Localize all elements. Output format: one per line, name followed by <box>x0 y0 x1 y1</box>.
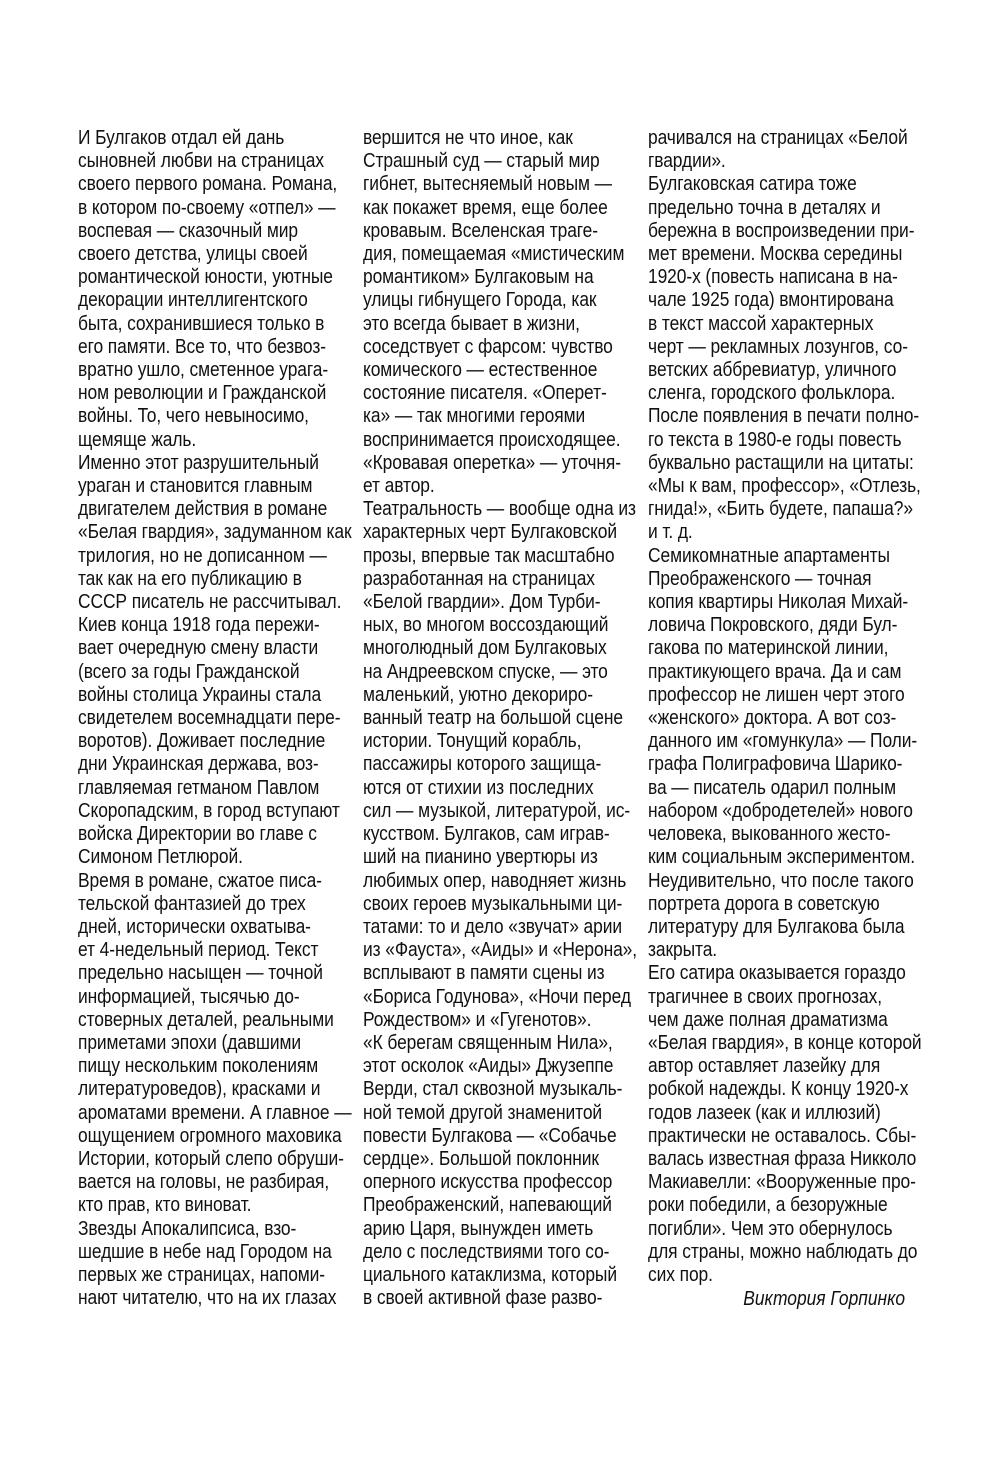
article-column-1: И Булгаков отдал ей дань сыновней любви … <box>78 127 352 1310</box>
article-byline: Виктория Горпинко <box>648 1288 905 1311</box>
magazine-article-page: И Булгаков отдал ей дань сыновней любви … <box>0 0 1000 1467</box>
article-column-3: рачивался на страницах «Белой гвардии». … <box>648 127 922 1287</box>
article-column-2: вершится не что иное, как Страшный суд —… <box>363 127 637 1310</box>
